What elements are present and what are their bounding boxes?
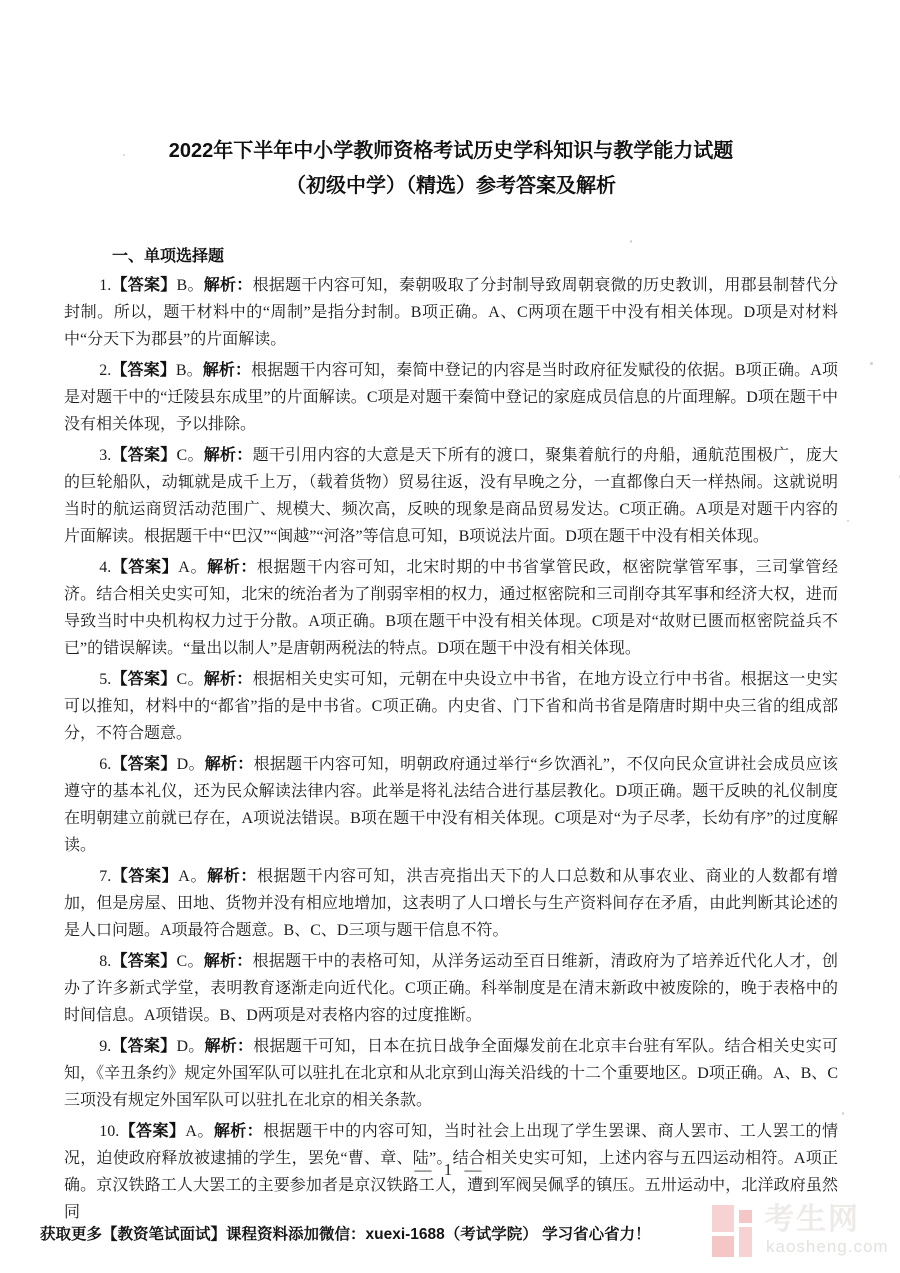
analysis-label: 解析： bbox=[207, 559, 257, 576]
scan-speck bbox=[123, 154, 125, 156]
scan-speck bbox=[749, 310, 751, 314]
answer-label: 【答案】 bbox=[111, 277, 176, 294]
page-number: — 1 — bbox=[0, 1160, 900, 1180]
kaosheng-logo-icon bbox=[712, 1205, 756, 1257]
page-body: 2022年下半年中小学教师资格考试历史学科知识与教学能力试题 （初级中学）（精选… bbox=[64, 138, 838, 1230]
answer-label: 【答案】 bbox=[111, 868, 178, 885]
logo-block bbox=[712, 1205, 734, 1232]
answer-letter: C。 bbox=[177, 671, 204, 688]
answer-letter: A。 bbox=[178, 559, 207, 576]
answer-item-7: 7.【答案】A。解析：根据题干内容可知，洪吉亮指出天下的人口总数和从事农业、商业… bbox=[64, 863, 838, 944]
logo-block bbox=[739, 1227, 752, 1257]
answer-letter: C。 bbox=[177, 953, 204, 970]
answer-letter: D。 bbox=[177, 756, 205, 773]
item-number: 8. bbox=[99, 953, 111, 970]
watermark-site-name: 考生网 bbox=[764, 1203, 860, 1237]
answer-list: 1.【答案】B。解析：根据题干内容可知，秦朝吸取了分封制导致周朝衰微的历史教训，… bbox=[64, 272, 838, 1226]
item-number: 7. bbox=[99, 868, 111, 885]
item-number: 2. bbox=[99, 362, 111, 379]
answer-label: 【答案】 bbox=[111, 559, 178, 576]
answer-label: 【答案】 bbox=[111, 671, 176, 688]
document-title: 2022年下半年中小学教师资格考试历史学科知识与教学能力试题 （初级中学）（精选… bbox=[64, 138, 838, 199]
title-line-2: （初级中学）（精选）参考答案及解析 bbox=[64, 173, 838, 199]
answer-letter: A。 bbox=[178, 868, 207, 885]
answer-label: 【答案】 bbox=[111, 756, 176, 773]
answer-item-3: 3.【答案】C。解析：题干引用内容的大意是天下所有的渡口，聚集着航行的舟船，通航… bbox=[64, 442, 838, 550]
answer-item-6: 6.【答案】D。解析：根据题干内容可知，明朝政府通过举行“乡饮酒礼”，不仅向民众… bbox=[64, 751, 838, 859]
analysis-label: 解析： bbox=[204, 671, 253, 688]
answer-label: 【答案】 bbox=[111, 1038, 176, 1055]
scan-speck bbox=[842, 1112, 844, 1115]
analysis-label: 解析： bbox=[207, 868, 257, 885]
answer-item-4: 4.【答案】A。解析：根据题干内容可知，北宋时期的中书省掌管民政，枢密院掌管军事… bbox=[64, 554, 838, 662]
answer-label: 【答案】 bbox=[111, 362, 176, 379]
title-line-1: 2022年下半年中小学教师资格考试历史学科知识与教学能力试题 bbox=[64, 138, 838, 164]
analysis-label: 解析： bbox=[205, 756, 254, 773]
item-number: 10. bbox=[99, 1123, 119, 1140]
analysis-label: 解析： bbox=[204, 277, 253, 294]
analysis-label: 解析： bbox=[214, 1123, 263, 1140]
answer-label: 【答案】 bbox=[111, 953, 176, 970]
answer-item-1: 1.【答案】B。解析：根据题干内容可知，秦朝吸取了分封制导致周朝衰微的历史教训，… bbox=[64, 272, 838, 353]
item-number: 5. bbox=[99, 671, 111, 688]
scan-speck bbox=[847, 520, 849, 522]
footer-promo-text: 获取更多【教资笔试面试】课程资料添加微信：xuexi-1688（考试学院） 学习… bbox=[40, 1222, 651, 1244]
answer-letter: B。 bbox=[177, 277, 204, 294]
scan-speck bbox=[630, 240, 632, 243]
logo-block bbox=[739, 1210, 752, 1223]
answer-label: 【答案】 bbox=[111, 447, 176, 464]
item-number: 6. bbox=[99, 756, 111, 773]
item-number: 1. bbox=[99, 277, 111, 294]
scan-speck bbox=[361, 152, 363, 155]
item-number: 9. bbox=[99, 1038, 111, 1055]
item-number: 3. bbox=[99, 447, 111, 464]
analysis-label: 解析： bbox=[204, 447, 253, 464]
section-heading: 一、单项选择题 bbox=[112, 243, 838, 266]
analysis-label: 解析： bbox=[203, 362, 251, 379]
answer-letter: B。 bbox=[176, 362, 203, 379]
watermark-site-domain: kaosheng.com bbox=[766, 1237, 889, 1257]
answer-item-9: 9.【答案】D。解析：根据题干可知，日本在抗日战争全面爆发前在北京丰台驻有军队。… bbox=[64, 1033, 838, 1114]
logo-block bbox=[712, 1236, 734, 1257]
answer-item-8: 8.【答案】C。解析：根据题干中的表格可知，从洋务运动至百日维新，清政府为了培养… bbox=[64, 948, 838, 1029]
kaosheng-watermark: 考生网 kaosheng.com bbox=[712, 1203, 894, 1263]
analysis-label: 解析： bbox=[205, 1038, 254, 1055]
answer-letter: A。 bbox=[185, 1123, 213, 1140]
scan-speck bbox=[390, 1160, 392, 1162]
item-number: 4. bbox=[99, 559, 111, 576]
scanned-document-page: { "doc": { "title_line1": "2022年下半年中小学教师… bbox=[0, 0, 900, 1273]
answer-letter: C。 bbox=[177, 447, 204, 464]
answer-letter: D。 bbox=[176, 1038, 204, 1055]
analysis-label: 解析： bbox=[204, 953, 253, 970]
answer-item-2: 2.【答案】B。解析：根据题干内容可知，秦简中登记的内容是当时政府征发赋役的依据… bbox=[64, 357, 838, 438]
answer-label: 【答案】 bbox=[119, 1123, 185, 1140]
answer-item-5: 5.【答案】C。解析：根据相关史实可知，元朝在中央设立中书省，在地方设立行中书省… bbox=[64, 666, 838, 747]
scan-speck bbox=[870, 362, 873, 365]
